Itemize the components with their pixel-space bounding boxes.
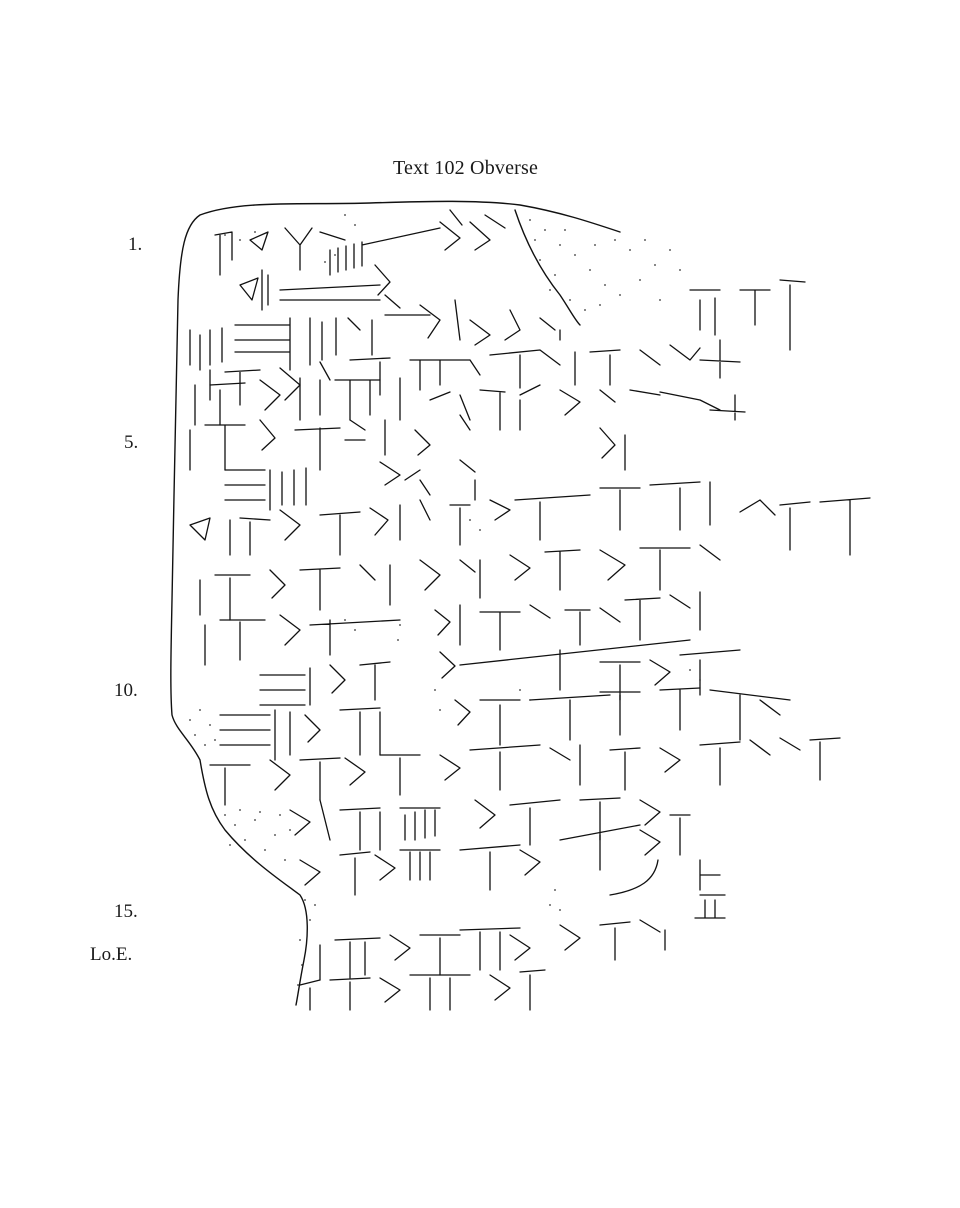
tablet-outline xyxy=(171,201,620,1005)
stipple-upper-right xyxy=(515,210,580,325)
tablet-drawing xyxy=(0,0,960,1208)
cuneiform-rows xyxy=(190,210,870,1010)
document-page: Text 102 Obverse 1. 5. 10. 15. Lo.E. xyxy=(0,0,960,1208)
